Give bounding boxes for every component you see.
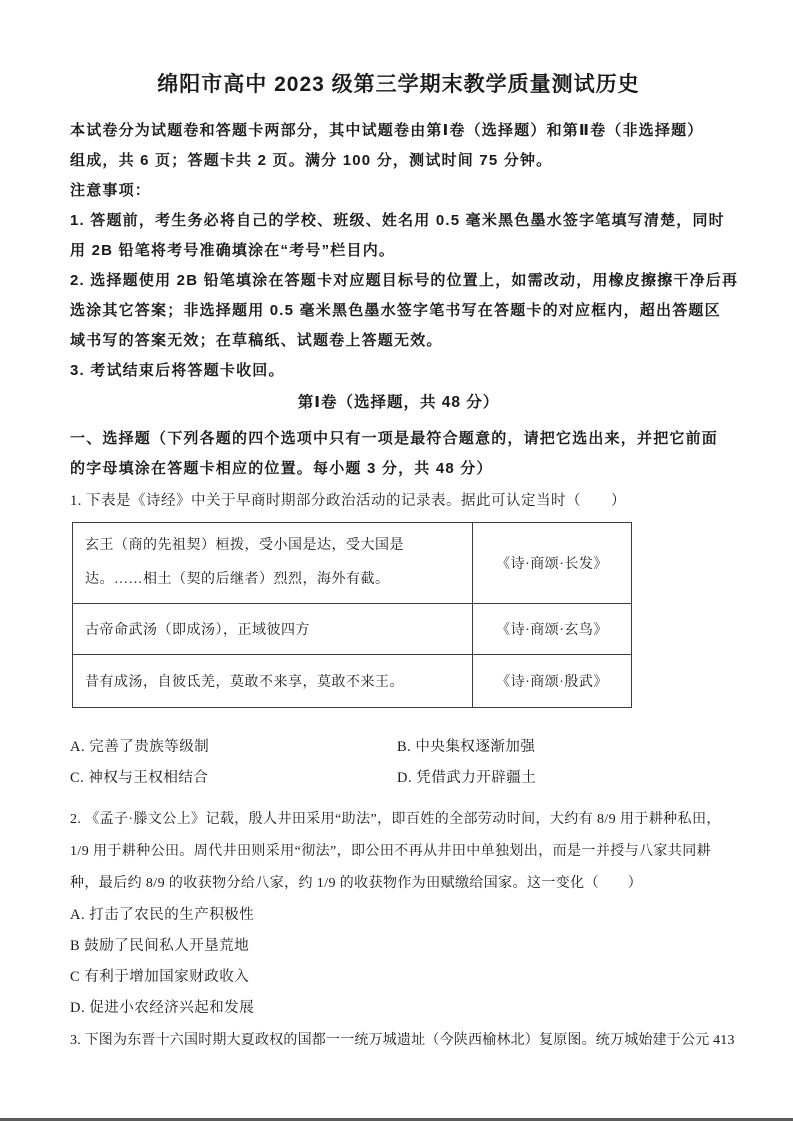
table-row: 古帝命武汤（即成汤），正域彼四方 《诗·商颂·玄鸟》: [73, 604, 632, 655]
notice-line: 选涂其它答案；非选择题用 0.5 毫米黑色墨水签字笔书写在答题卡的对应框内，超出…: [70, 296, 727, 326]
intro-line: 本试卷分为试题卷和答题卡两部分，其中试题卷由第Ⅰ卷（选择题）和第Ⅱ卷（非选择题）: [70, 116, 727, 146]
quote-line: 达。……相土（契的后继者）烈烈，海外有截。: [85, 563, 462, 597]
notice-line: 1. 答题前，考生务必将自己的学校、班级、姓名用 0.5 毫米黑色墨水签字笔填写…: [70, 206, 727, 236]
question-2: 2. 《孟子·滕文公上》记载，殷人井田采用“助法”，即百姓的全部劳动时间，大约有…: [70, 804, 727, 1024]
mcq-intro-line: 一、选择题（下列各题的四个选项中只有一项是最符合题意的，请把它选出来，并把它前面: [70, 424, 727, 454]
table-cell-source: 《诗·商颂·长发》: [473, 523, 632, 604]
quote-line: 玄王（商的先祖契）桓拨，受小国是达，受大国是: [85, 529, 462, 563]
mcq-intro-line: 的字母填涂在答题卡相应的位置。每小题 3 分，共 48 分）: [70, 454, 727, 484]
notice-line: 用 2B 铅笔将考号准确填涂在“考号”栏目内。: [70, 236, 727, 266]
question-2-line: 2. 《孟子·滕文公上》记载，殷人井田采用“助法”，即百姓的全部劳动时间，大约有…: [70, 804, 727, 836]
notice-heading: 注意事项：: [70, 176, 727, 206]
page-bottom-border: [0, 1118, 793, 1121]
question-2-line: 1/9 用于耕种公田。周代井田则采用“彻法”，即公田不再从井田中单独划出，而是一…: [70, 836, 727, 868]
intro-line: 组成，共 6 页；答题卡共 2 页。满分 100 分，测试时间 75 分钟。: [70, 146, 727, 176]
exam-intro: 本试卷分为试题卷和答题卡两部分，其中试题卷由第Ⅰ卷（选择题）和第Ⅱ卷（非选择题）…: [70, 116, 727, 176]
question-2-line: 种，最后约 8/9 的收获物分给八家，约 1/9 的收获物作为田赋缴给国家。这一…: [70, 868, 727, 900]
question-1-option-a: A. 完善了贵族等级制: [70, 732, 397, 763]
question-1-stem: 1. 下表是《诗经》中关于早商时期部分政治活动的记录表。据此可认定当时（ ）: [70, 486, 727, 516]
table-cell-source: 《诗·商颂·玄鸟》: [473, 604, 632, 655]
question-2-option-d: D. 促进小农经济兴起和发展: [70, 993, 727, 1024]
part1-heading: 第Ⅰ卷（选择题，共 48 分）: [70, 388, 727, 418]
question-1-table: 玄王（商的先祖契）桓拨，受小国是达，受大国是 达。……相土（契的后继者）烈烈，海…: [72, 522, 632, 708]
question-2-option-c: C 有利于增加国家财政收入: [70, 962, 727, 993]
question-1-option-b: B. 中央集权逐渐加强: [397, 732, 727, 763]
question-2-options: A. 打击了农民的生产积极性 B 鼓励了民间私人开垦荒地 C 有利于增加国家财政…: [70, 900, 727, 1024]
question-1-option-d: D. 凭借武力开辟疆土: [397, 763, 727, 794]
notice-line: 域书写的答案无效；在草稿纸、试题卷上答题无效。: [70, 326, 727, 356]
table-cell-quote: 古帝命武汤（即成汤），正域彼四方: [73, 604, 473, 655]
notice-line: 3. 考试结束后将答题卡收回。: [70, 356, 727, 386]
table-row: 昔有成汤，自彼氐羌，莫敢不来享，莫敢不来王。 《诗·商颂·殷武》: [73, 655, 632, 708]
notice-section: 注意事项： 1. 答题前，考生务必将自己的学校、班级、姓名用 0.5 毫米黑色墨…: [70, 176, 727, 386]
question-1-options: A. 完善了贵族等级制 B. 中央集权逐渐加强 C. 神权与王权相结合 D. 凭…: [70, 732, 727, 794]
exam-paper-page: 绵阳市高中 2023 级第三学期末教学质量测试历史 本试卷分为试题卷和答题卡两部…: [0, 0, 793, 1122]
question-1-option-c: C. 神权与王权相结合: [70, 763, 397, 794]
page-content: 绵阳市高中 2023 级第三学期末教学质量测试历史 本试卷分为试题卷和答题卡两部…: [0, 0, 793, 1056]
table-cell-quote: 昔有成汤，自彼氐羌，莫敢不来享，莫敢不来王。: [73, 655, 473, 708]
table-cell-source: 《诗·商颂·殷武》: [473, 655, 632, 708]
page-title: 绵阳市高中 2023 级第三学期末教学质量测试历史: [70, 0, 727, 100]
mcq-section-intro: 一、选择题（下列各题的四个选项中只有一项是最符合题意的，请把它选出来，并把它前面…: [70, 424, 727, 484]
table-cell-quote: 玄王（商的先祖契）桓拨，受小国是达，受大国是 达。……相土（契的后继者）烈烈，海…: [73, 523, 473, 604]
question-2-option-b: B 鼓励了民间私人开垦荒地: [70, 931, 727, 962]
notice-line: 2. 选择题使用 2B 铅笔填涂在答题卡对应题目标号的位置上，如需改动，用橡皮擦…: [70, 266, 727, 296]
question-2-option-a: A. 打击了农民的生产积极性: [70, 900, 727, 931]
table-row: 玄王（商的先祖契）桓拨，受小国是达，受大国是 达。……相土（契的后继者）烈烈，海…: [73, 523, 632, 604]
question-3-stem: 3. 下图为东晋十六国时期大夏政权的国都一一统万城遗址（今陕西榆林北）复原图。统…: [70, 1026, 727, 1056]
